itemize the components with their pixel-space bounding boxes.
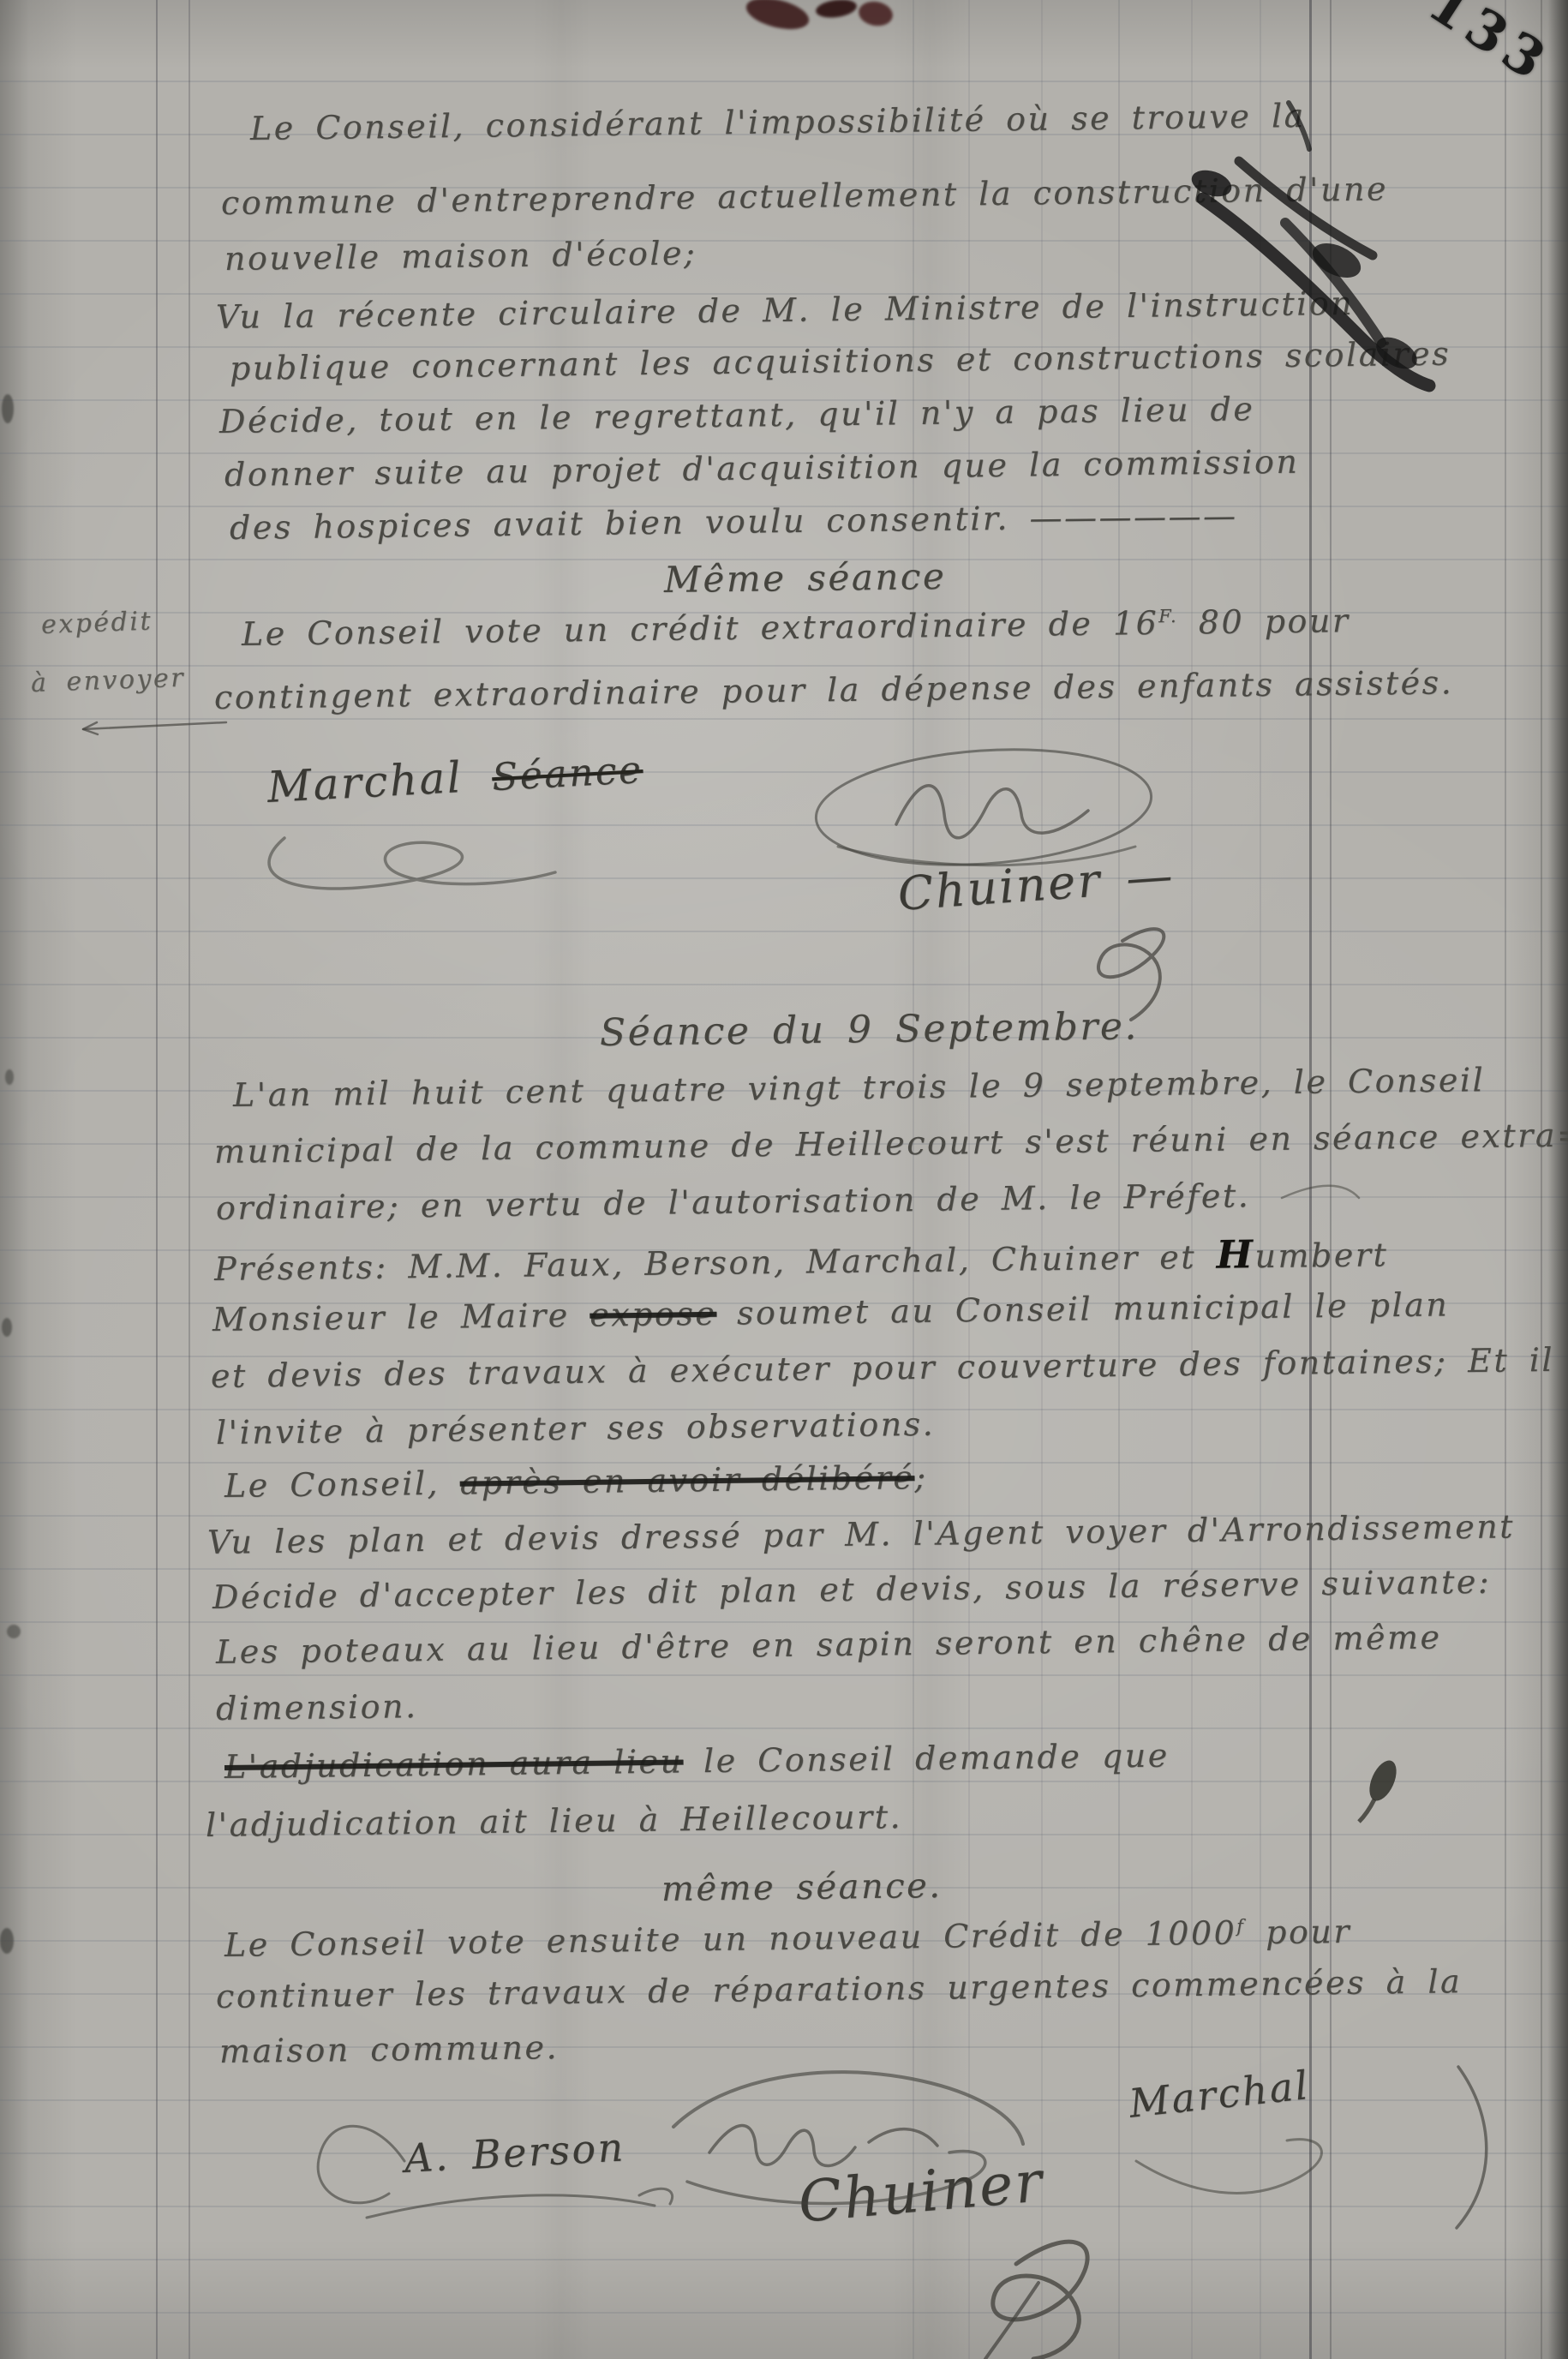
marchal-paraph — [269, 838, 555, 889]
marchal-underflourish — [1136, 2140, 1321, 2194]
berson-paraph — [367, 2188, 673, 2218]
humbert-scrawl-underloop — [687, 2152, 985, 2204]
humbert-scrawl-letters — [709, 2125, 937, 2165]
register-scan-page: 133 expédit à envoyer Le Conseil, consid… — [0, 0, 1568, 2359]
pen-flourish-prefet — [1282, 1186, 1359, 1198]
margin-note-arrow — [83, 722, 226, 729]
berson-lead-loop — [318, 2126, 404, 2203]
ink-flourish-layer — [0, 0, 1568, 2359]
dark-ink-scribble-tick — [1289, 103, 1309, 149]
marchal-closing-paren — [1457, 2067, 1487, 2228]
humbert-signature-monogram-squiggle — [896, 786, 1088, 838]
ink-blot-tail — [1359, 1799, 1374, 1822]
ink-blot-adjudication — [1364, 1757, 1402, 1805]
chuiner-paraph-top — [1098, 929, 1164, 1020]
chuiner-paraph-bottom — [993, 2242, 1087, 2359]
dark-ink-blob — [1188, 165, 1235, 201]
